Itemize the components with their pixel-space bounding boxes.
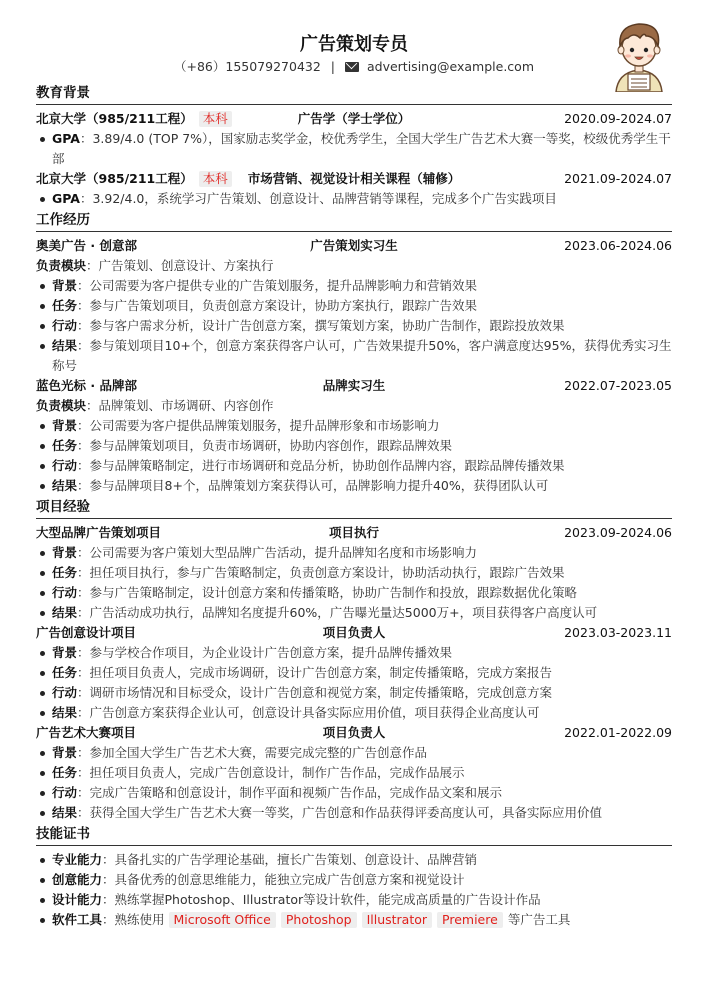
list-item: 背景：公司需要为客户策划大型品牌广告活动，提升品牌知名度和市场影响力 [36,543,672,563]
bullet-label: 任务 [52,438,77,453]
work-date: 2023.06-2024.06 [564,236,672,256]
bullet-label: 结果 [52,478,77,493]
list-item: GPA：3.89/4.0 (TOP 7%），国家励志奖学金，校优秀学生，全国大学… [36,129,672,169]
list-item: 行动：参与品牌策略制定，进行市场调研和竞品分析，协助创作品牌内容，跟踪品牌传播效… [36,456,672,476]
skill-text: ：具备扎实的广告学理论基础，擅长广告策划、创意设计、品牌营销 [102,852,477,867]
list-item: 背景：参加全国大学生广告艺术大赛，需要完成完整的广告创意作品 [36,743,672,763]
module-text: ：广告策划、创意设计、方案执行 [86,258,274,273]
work-company: 奥美广告 · 创意部 [36,236,137,256]
bullet-text: ：公司需要为客户提供品牌策划服务，提升品牌形象和市场影响力 [77,418,440,433]
list-item: 任务：担任项目执行，参与广告策略制定，负责创意方案设计，协助活动执行，跟踪广告效… [36,563,672,583]
contact-separator: | [331,59,335,74]
education-entry-header: 广告学（学士学位） 北京大学（985/211工程）本科 2020.09-2024… [36,109,672,129]
section-title-education: 教育背景 [36,84,672,105]
project-entry-header: 项目负责人 广告艺术大赛项目 2022.01-2022.09 [36,723,672,743]
bullet-text: ：参与品牌策划项目，负责市场调研，协助内容创作，跟踪品牌效果 [77,438,452,453]
list-item: 背景：参与学校合作项目，为企业设计广告创意方案，提升品牌传播效果 [36,643,672,663]
project-entry-header: 项目负责人 广告创意设计项目 2023.03-2023.11 [36,623,672,643]
project-date: 2022.01-2022.09 [564,723,672,743]
bullet-text: ：完成广告策略和创意设计，制作平面和视频广告作品，完成作品文案和展示 [77,785,502,800]
degree-tag: 本科 [199,111,232,127]
degree-tag: 本科 [199,171,232,187]
project-date: 2023.03-2023.11 [564,623,672,643]
bullet-label: 结果 [52,705,77,720]
list-item: 背景：公司需要为客户提供品牌策划服务，提升品牌形象和市场影响力 [36,416,672,436]
bullet-text: ：担任项目执行，参与广告策略制定，负责创意方案设计，协助活动执行，跟踪广告效果 [77,565,565,580]
bullet-text: ：广告创意方案获得企业认可，创意设计具备实际应用价值，项目获得企业高度认可 [77,705,540,720]
list-item: 行动：调研市场情况和目标受众，设计广告创意和视觉方案，制定传播策略，完成创意方案 [36,683,672,703]
bullet-label: 行动 [52,318,77,333]
project-bullets: 背景：公司需要为客户策划大型品牌广告活动，提升品牌知名度和市场影响力 任务：担任… [36,543,672,623]
school-name: 北京大学（985/211工程） [36,171,193,186]
bullet-label: 结果 [52,605,77,620]
bullet-label: 结果 [52,805,77,820]
section-title-projects: 项目经验 [36,498,672,519]
project-name: 大型品牌广告策划项目 [36,523,161,543]
bullet-text: ：担任项目负责人，完成市场调研，设计广告创意方案，制定传播策略，完成方案报告 [77,665,552,680]
skill-label: 创意能力 [52,872,102,887]
bullet-text: ：调研市场情况和目标受众，设计广告创意和视觉方案，制定传播策略，完成创意方案 [77,685,552,700]
phone-number: （+86）155079270432 [174,59,321,74]
tool-tag: Photoshop [281,912,357,928]
list-item: GPA：3.92/4.0，系统学习广告策划、创意设计、品牌营销等课程，完成多个广… [36,189,672,209]
bullet-label: 背景 [52,545,77,560]
work-date: 2022.07-2023.05 [564,376,672,396]
project-name: 广告创意设计项目 [36,623,136,643]
education-date: 2021.09-2024.07 [564,169,672,189]
skill-label: 专业能力 [52,852,102,867]
bullet-text: ：参与客户需求分析，设计广告创意方案，撰写策划方案，协助广告制作，跟踪投放效果 [77,318,565,333]
bullet-label: 行动 [52,785,77,800]
skill-text: 等广告工具 [508,912,571,927]
section-title-work: 工作经历 [36,211,672,232]
list-item: 任务：参与品牌策划项目，负责市场调研，协助内容创作，跟踪品牌效果 [36,436,672,456]
list-item: 结果：广告活动成功执行，品牌知名度提升60%，广告曝光量达5000万+，项目获得… [36,603,672,623]
education-bullets: GPA：3.89/4.0 (TOP 7%），国家励志奖学金，校优秀学生，全国大学… [36,129,672,169]
bullet-label: 任务 [52,298,77,313]
bullet-text: ：参与学校合作项目，为企业设计广告创意方案，提升品牌传播效果 [77,645,452,660]
contact-line: （+86）155079270432 | advertising@example.… [36,57,672,75]
list-item: 结果：参与策划项目10+个，创意方案获得客户认可，广告效果提升50%，客户满意度… [36,336,672,376]
education-school: 北京大学（985/211工程）本科 [36,169,232,189]
tool-tag: Illustrator [362,912,432,928]
list-item: 结果：参与品牌项目8+个，品牌策划方案获得认可，品牌影响力提升40%，获得团队认… [36,476,672,496]
bullet-label: 任务 [52,765,77,780]
bullet-text: ：参加全国大学生广告艺术大赛，需要完成完整的广告创意作品 [77,745,427,760]
bullet-label: 背景 [52,645,77,660]
list-item: 专业能力：具备扎实的广告学理论基础，擅长广告策划、创意设计、品牌营销 [36,850,672,870]
project-entry-header: 项目执行 大型品牌广告策划项目 2023.09-2024.06 [36,523,672,543]
project-bullets: 背景：参与学校合作项目，为企业设计广告创意方案，提升品牌传播效果 任务：担任项目… [36,643,672,723]
bullet-label: 结果 [52,338,77,353]
bullet-text: ：参与品牌项目8+个，品牌策划方案获得认可，品牌影响力提升40%，获得团队认可 [77,478,548,493]
bullet-label: 背景 [52,745,77,760]
work-module: 负责模块：广告策划、创意设计、方案执行 [36,256,672,276]
skill-label: 设计能力 [52,892,102,907]
bullet-label: 行动 [52,458,77,473]
list-item: 背景：公司需要为客户提供专业的广告策划服务，提升品牌影响力和营销效果 [36,276,672,296]
list-item: 行动：参与广告策略制定，设计创意方案和传播策略，协助广告制作和投放，跟踪数据优化… [36,583,672,603]
avatar [604,12,674,92]
bullet-text: ：获得全国大学生广告艺术大赛一等奖，广告创意和作品获得评委高度认可，具备实际应用… [77,805,602,820]
mail-icon [345,62,359,72]
list-item: 设计能力：熟练掌握Photoshop、Illustrator等设计软件，能完成高… [36,890,672,910]
skill-text: ：具备优秀的创意思维能力，能独立完成广告创意方案和视觉设计 [102,872,465,887]
tool-tag: Microsoft Office [169,912,276,928]
resume-page: 广告策划专员 （+86）155079270432 | advertising@e… [36,0,672,930]
bullet-text: ：参与广告策略制定，设计创意方案和传播策略，协助广告制作和投放，跟踪数据优化策略 [77,585,577,600]
education-date: 2020.09-2024.07 [564,109,672,129]
list-item: 行动：完成广告策略和创意设计，制作平面和视频广告作品，完成作品文案和展示 [36,783,672,803]
school-name: 北京大学（985/211工程） [36,111,193,126]
bullet-text: ：担任项目负责人，完成广告创意设计，制作广告作品，完成作品展示 [77,765,465,780]
bullet-text: ：参与品牌策略制定，进行市场调研和竞品分析，协助创作品牌内容，跟踪品牌传播效果 [77,458,565,473]
work-bullets: 背景：公司需要为客户提供专业的广告策划服务，提升品牌影响力和营销效果 任务：参与… [36,276,672,376]
skill-text: ：熟练掌握Photoshop、Illustrator等设计软件，能完成高质量的广… [102,892,541,907]
bullet-text: ：参与策划项目10+个，创意方案获得客户认可，广告效果提升50%，客户满意度达9… [52,338,671,373]
list-item: 结果：获得全国大学生广告艺术大赛一等奖，广告创意和作品获得评委高度认可，具备实际… [36,803,672,823]
project-name: 广告艺术大赛项目 [36,723,136,743]
education-section: 教育背景 广告学（学士学位） 北京大学（985/211工程）本科 2020.09… [36,84,672,209]
project-bullets: 背景：参加全国大学生广告艺术大赛，需要完成完整的广告创意作品 任务：担任项目负责… [36,743,672,823]
bullet-text: ：参与广告策划项目，负责创意方案设计，协助方案执行，跟踪广告效果 [77,298,477,313]
education-school: 北京大学（985/211工程）本科 [36,109,232,129]
email-address: advertising@example.com [367,59,534,74]
education-bullets: GPA：3.92/4.0，系统学习广告策划、创意设计、品牌营销等课程，完成多个广… [36,189,672,209]
list-item: 行动：参与客户需求分析，设计广告创意方案，撰写策划方案，协助广告制作，跟踪投放效… [36,316,672,336]
bullet-text: ：3.92/4.0，系统学习广告策划、创意设计、品牌营销等课程，完成多个广告实践… [80,191,557,206]
list-item: 任务：参与广告策划项目，负责创意方案设计，协助方案执行，跟踪广告效果 [36,296,672,316]
project-date: 2023.09-2024.06 [564,523,672,543]
list-item: 任务：担任项目负责人，完成广告创意设计，制作广告作品，完成作品展示 [36,763,672,783]
bullet-text: ：广告活动成功执行，品牌知名度提升60%，广告曝光量达5000万+，项目获得客户… [77,605,597,620]
bullet-text: ：公司需要为客户策划大型品牌广告活动，提升品牌知名度和市场影响力 [77,545,477,560]
education-entry-header: 市场营销、视觉设计相关课程（辅修） 北京大学（985/211工程）本科 2021… [36,169,672,189]
bullet-label: GPA [52,191,80,206]
skill-text: ：熟练使用 [102,912,165,927]
list-item: 软件工具：熟练使用 Microsoft OfficePhotoshopIllus… [36,910,672,930]
skill-label: 软件工具 [52,912,102,927]
bullet-text: ：公司需要为客户提供专业的广告策划服务，提升品牌影响力和营销效果 [77,278,477,293]
list-item: 结果：广告创意方案获得企业认可，创意设计具备实际应用价值，项目获得企业高度认可 [36,703,672,723]
bullet-label: 行动 [52,685,77,700]
section-title-skills: 技能证书 [36,825,672,846]
module-label: 负责模块 [36,398,86,413]
bullet-label: 任务 [52,565,77,580]
tool-tag: Premiere [437,912,503,928]
bullet-label: 背景 [52,278,77,293]
skills-list: 专业能力：具备扎实的广告学理论基础，擅长广告策划、创意设计、品牌营销 创意能力：… [36,850,672,930]
work-entry-header: 广告策划实习生 奥美广告 · 创意部 2023.06-2024.06 [36,236,672,256]
resume-header: 广告策划专员 （+86）155079270432 | advertising@e… [36,0,672,84]
work-company: 蓝色光标 · 品牌部 [36,376,137,396]
work-bullets: 背景：公司需要为客户提供品牌策划服务，提升品牌形象和市场影响力 任务：参与品牌策… [36,416,672,496]
bullet-label: 行动 [52,585,77,600]
module-text: ：品牌策划、市场调研、内容创作 [86,398,274,413]
work-module: 负责模块：品牌策划、市场调研、内容创作 [36,396,672,416]
projects-section: 项目经验 项目执行 大型品牌广告策划项目 2023.09-2024.06 背景：… [36,498,672,823]
work-section: 工作经历 广告策划实习生 奥美广告 · 创意部 2023.06-2024.06 … [36,211,672,496]
list-item: 任务：担任项目负责人，完成市场调研，设计广告创意方案，制定传播策略，完成方案报告 [36,663,672,683]
module-label: 负责模块 [36,258,86,273]
bullet-label: 任务 [52,665,77,680]
bullet-text: ：3.89/4.0 (TOP 7%），国家励志奖学金，校优秀学生，全国大学生广告… [52,131,671,166]
work-entry-header: 品牌实习生 蓝色光标 · 品牌部 2022.07-2023.05 [36,376,672,396]
bullet-label: 背景 [52,418,77,433]
list-item: 创意能力：具备优秀的创意思维能力，能独立完成广告创意方案和视觉设计 [36,870,672,890]
bullet-label: GPA [52,131,80,146]
skills-section: 技能证书 专业能力：具备扎实的广告学理论基础，擅长广告策划、创意设计、品牌营销 … [36,825,672,930]
candidate-title: 广告策划专员 [36,30,672,56]
